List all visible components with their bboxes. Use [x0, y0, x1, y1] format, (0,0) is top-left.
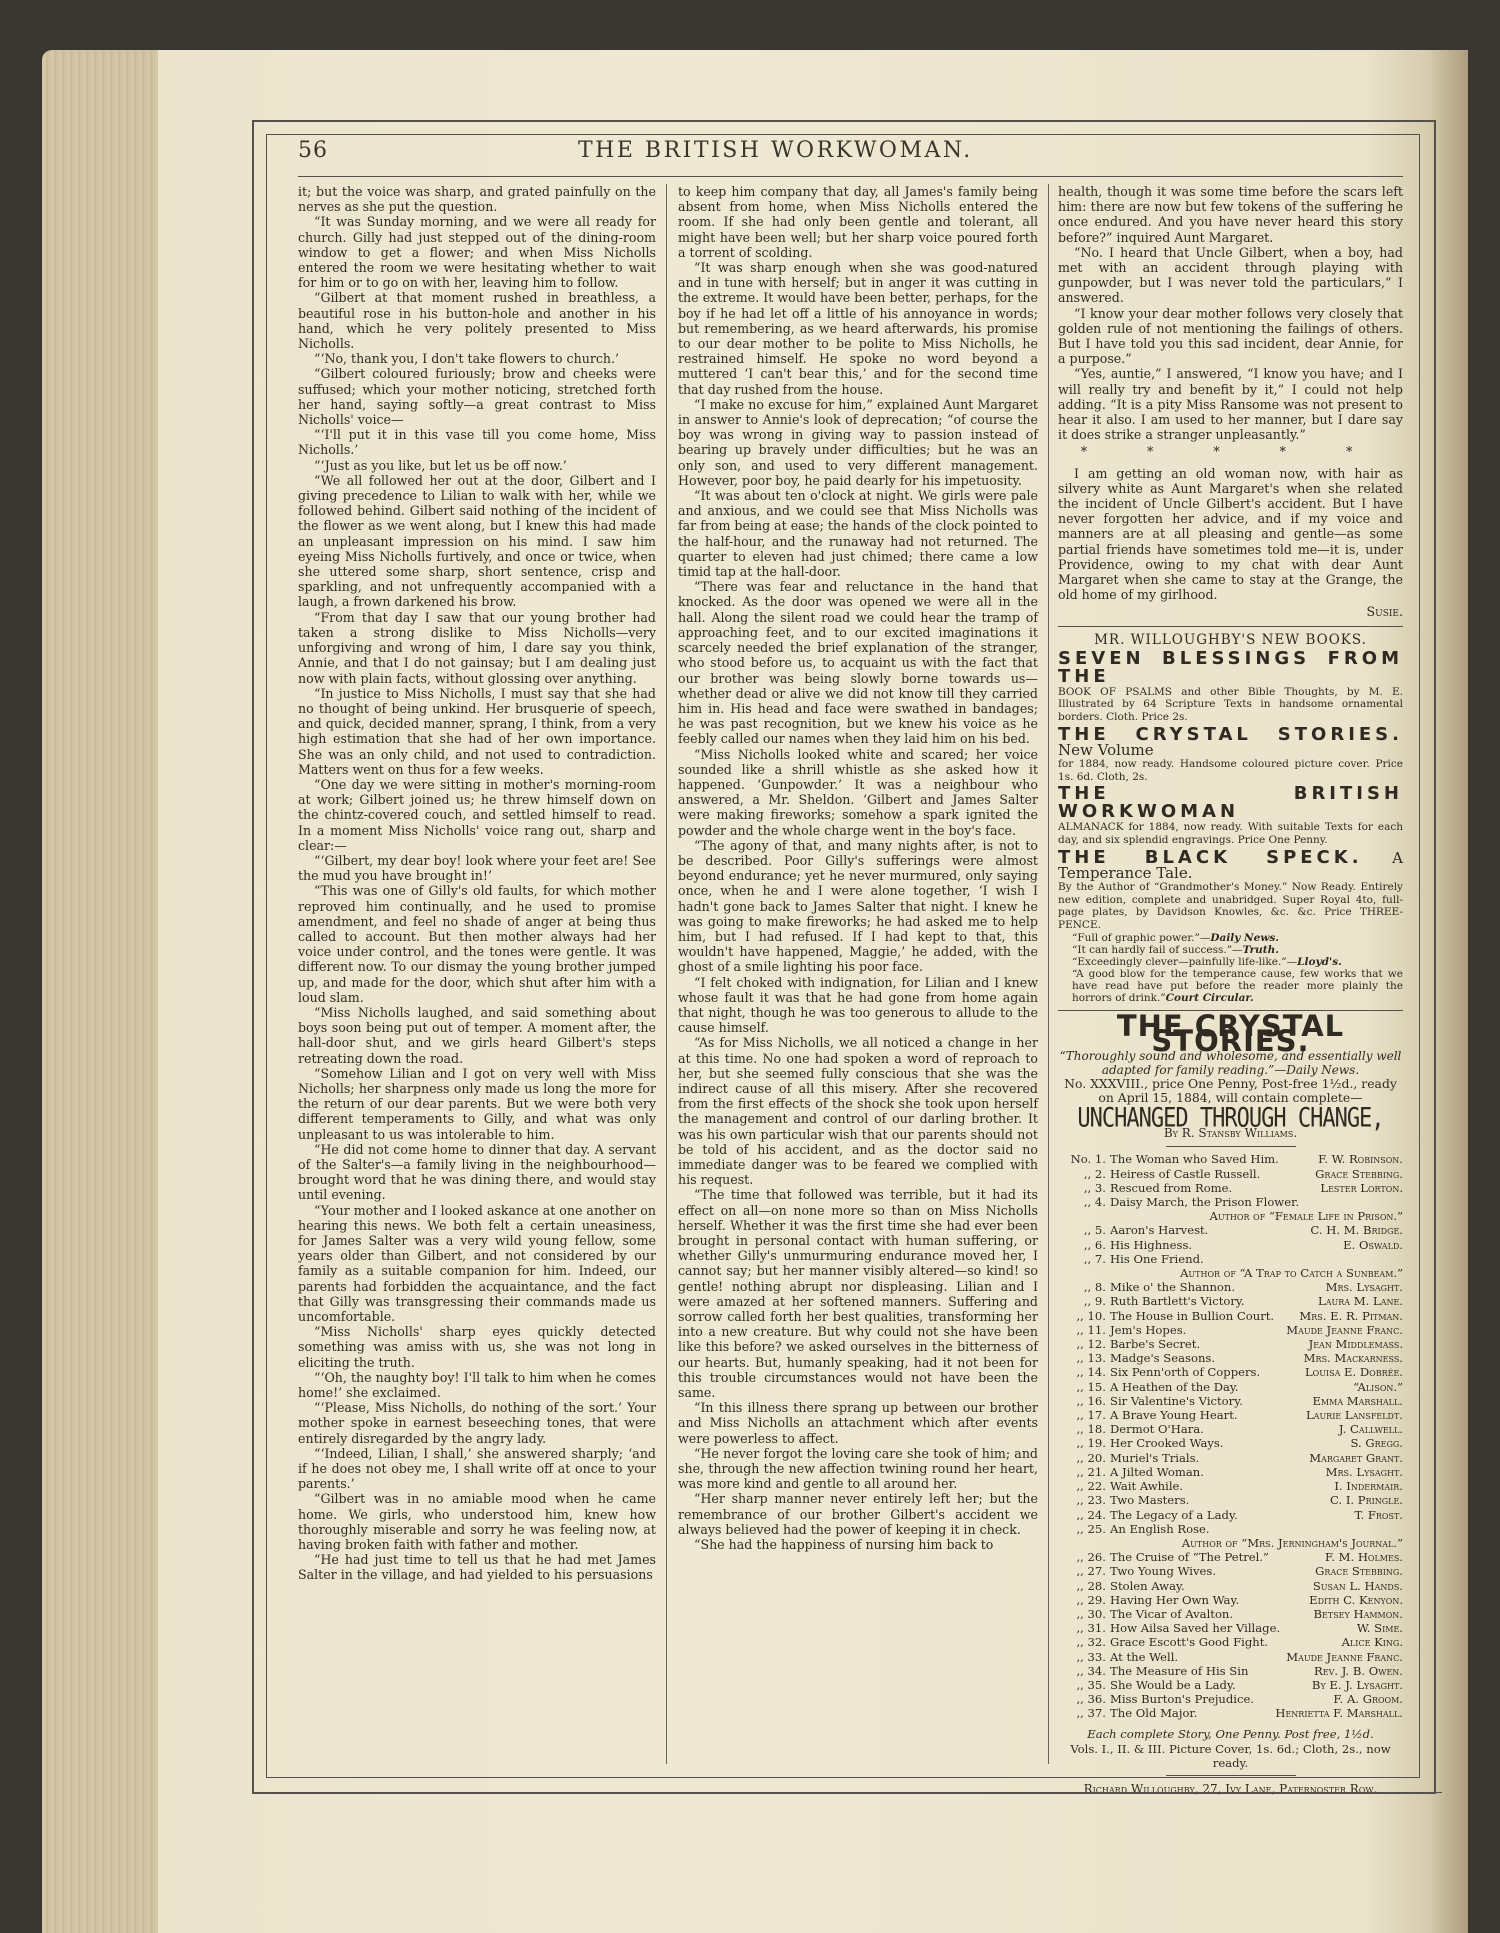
list-item: ,, 4.Daisy March, the Prison Flower.	[1058, 1195, 1403, 1209]
header-rule	[298, 176, 1403, 177]
paragraph: it; but the voice was sharp, and grated …	[298, 184, 656, 214]
column-2-story: to keep him company that day, all James'…	[678, 184, 1038, 1552]
story-author: Grace Stebbing.	[1315, 1167, 1403, 1181]
paragraph: “There was fear and reluctance in the ha…	[678, 579, 1038, 746]
story-number: No. 1.	[1058, 1152, 1110, 1166]
list-item: ,, 31.How Ailsa Saved her Village.W. Sim…	[1058, 1621, 1403, 1635]
story-title: Having Her Own Way.	[1110, 1593, 1309, 1607]
list-item: ,, 29.Having Her Own Way.Edith C. Kenyon…	[1058, 1593, 1403, 1607]
paragraph: “Your mother and I looked askance at one…	[298, 1203, 656, 1325]
story-author: Susan L. Hands.	[1313, 1579, 1403, 1593]
list-item: ,, 6.His Highness.E. Oswald.	[1058, 1238, 1403, 1252]
journal-title: THE BRITISH WORKWOMAN.	[578, 138, 973, 163]
story-author: Mrs. Mackarness.	[1304, 1351, 1403, 1365]
paragraph: “Her sharp manner never entirely left he…	[678, 1491, 1038, 1537]
column-divider	[666, 184, 667, 1764]
list-item: ,, 27.Two Young Wives.Grace Stebbing.	[1058, 1564, 1403, 1578]
paragraph: “Miss Nicholls looked white and scared; …	[678, 747, 1038, 838]
press-quote: “It can hardly fail of success.”—Truth.	[1072, 944, 1403, 956]
story-author: Maude Jeanne Franc.	[1286, 1650, 1403, 1664]
list-item: ,, 26.The Cruise of “The Petrel.”F. M. H…	[1058, 1550, 1403, 1564]
paragraph: “I make no excuse for him,” explained Au…	[678, 397, 1038, 488]
story-number: ,, 10.	[1058, 1309, 1110, 1323]
issue-info: No. XXXVIII., price One Penny, Post-free…	[1058, 1077, 1403, 1105]
paragraph: health, though it was some time before t…	[1058, 184, 1403, 245]
story-title: Wait Awhile.	[1110, 1479, 1334, 1493]
paragraph: “He had just time to tell us that he had…	[298, 1552, 656, 1582]
list-item: ,, 30.The Vicar of Avalton.Betsey Hammon…	[1058, 1607, 1403, 1621]
story-conclusion: health, though it was some time before t…	[1058, 184, 1403, 442]
story-number: ,, 29.	[1058, 1593, 1110, 1607]
list-item: ,, 24.The Legacy of a Lady.T. Frost.	[1058, 1508, 1403, 1522]
story-number: ,, 28.	[1058, 1579, 1110, 1593]
closing-paragraph: I am getting an old woman now, with hair…	[1058, 466, 1403, 603]
story-title: His Highness.	[1110, 1238, 1343, 1252]
featured-story-title: UNCHANGED THROUGH CHANGE,	[1058, 1109, 1403, 1127]
list-item: ,, 10.The House in Bullion Court.Mrs. E.…	[1058, 1309, 1403, 1323]
column-divider	[1048, 184, 1049, 1764]
story-number: ,, 2.	[1058, 1167, 1110, 1181]
divider	[1166, 1146, 1296, 1147]
list-item: No. 1.The Woman who Saved Him.F. W. Robi…	[1058, 1152, 1403, 1166]
list-item: ,, 37.The Old Major.Henrietta F. Marshal…	[1058, 1706, 1403, 1720]
list-item: ,, 2.Heiress of Castle Russell.Grace Ste…	[1058, 1167, 1403, 1181]
paragraph: “This was one of Gilly's old faults, for…	[298, 883, 656, 1005]
story-author-credit: Author of “Mrs. Jerningham's Journal.”	[1058, 1536, 1403, 1550]
paragraph: “Gilbert coloured furiously; brow and ch…	[298, 366, 656, 427]
story-number: ,, 35.	[1058, 1678, 1110, 1692]
list-item: ,, 33.At the Well.Maude Jeanne Franc.	[1058, 1650, 1403, 1664]
story-number: ,, 6.	[1058, 1238, 1110, 1252]
story-author: Jean Middlemass.	[1309, 1337, 1403, 1351]
story-author: F. M. Holmes.	[1325, 1550, 1403, 1564]
story-title: Ruth Bartlett's Victory.	[1110, 1294, 1318, 1308]
paragraph: “She had the happiness of nursing him ba…	[678, 1537, 1038, 1552]
paragraph: “It was about ten o'clock at night. We g…	[678, 488, 1038, 579]
paragraph: “In justice to Miss Nicholls, I must say…	[298, 686, 656, 777]
paragraph: “Gilbert was in no amiable mood when he …	[298, 1491, 656, 1552]
story-author: “Alison.”	[1353, 1380, 1403, 1394]
story-author: Edith C. Kenyon.	[1309, 1593, 1403, 1607]
volumes-note: Vols. I., II. & III. Picture Cover, 1s. …	[1058, 1742, 1403, 1770]
story-author: S. Gregg.	[1351, 1436, 1404, 1450]
crystal-stories-quote: “Thoroughly sound and wholesome, and ess…	[1058, 1049, 1403, 1077]
story-author: W. Sime.	[1357, 1621, 1403, 1635]
press-quotes: “Full of graphic power.”—Daily News.“It …	[1058, 932, 1403, 1004]
story-title: At the Well.	[1110, 1650, 1286, 1664]
list-item: ,, 36.Miss Burton's Prejudice.F. A. Groo…	[1058, 1692, 1403, 1706]
story-author: Mrs. E. R. Pitman.	[1299, 1309, 1403, 1323]
story-author: Maude Jeanne Franc.	[1286, 1323, 1403, 1337]
story-title: The Measure of His Sin	[1110, 1664, 1314, 1678]
story-title: The Old Major.	[1110, 1706, 1275, 1720]
story-title: Mike o' the Shannon.	[1110, 1280, 1326, 1294]
paragraph: “As for Miss Nicholls, we all noticed a …	[678, 1035, 1038, 1187]
story-title: Heiress of Castle Russell.	[1110, 1167, 1315, 1181]
ad-book-title: THE BRITISH WORKWOMAN	[1058, 783, 1403, 822]
story-number: ,, 13.	[1058, 1351, 1110, 1365]
story-title: An English Rose.	[1110, 1522, 1403, 1536]
list-item: ,, 21.A Jilted Woman.Mrs. Lysaght.	[1058, 1465, 1403, 1479]
paragraph: “‘No, thank you, I don't take flowers to…	[298, 351, 656, 366]
paragraph: “‘Please, Miss Nicholls, do nothing of t…	[298, 1400, 656, 1446]
story-author: C. H. M. Bridge.	[1310, 1223, 1403, 1237]
story-author: Lester Lorton.	[1320, 1181, 1403, 1195]
story-author: J. Callwell.	[1339, 1422, 1403, 1436]
story-number: ,, 16.	[1058, 1394, 1110, 1408]
paragraph: “‘Gilbert, my dear boy! look where your …	[298, 853, 656, 883]
story-number: ,, 7.	[1058, 1252, 1110, 1266]
advertisement-new-books: MR. WILLOUGHBY'S NEW BOOKS. SEVEN BLESSI…	[1058, 633, 1403, 1004]
ad-book-subtitle: New Volume	[1058, 741, 1154, 759]
crystal-stories-title: THE CRYSTAL STORIES.	[1058, 1019, 1403, 1049]
story-title: The Legacy of a Lady.	[1110, 1508, 1354, 1522]
story-title: Her Crooked Ways.	[1110, 1436, 1351, 1450]
list-item: ,, 17.A Brave Young Heart.Laurie Lansfel…	[1058, 1408, 1403, 1422]
story-title: Madge's Seasons.	[1110, 1351, 1304, 1365]
paragraph: “‘Just as you like, but let us be off no…	[298, 458, 656, 473]
section-break-stars: * * * * *	[1058, 444, 1403, 459]
paragraph: “From that day I saw that our young brot…	[298, 610, 656, 686]
story-author: By E. J. Lysaght.	[1312, 1678, 1403, 1692]
list-item: ,, 28.Stolen Away.Susan L. Hands.	[1058, 1579, 1403, 1593]
ad-book-description: for 1884, now ready. Handsome coloured p…	[1058, 758, 1403, 783]
story-number: ,, 24.	[1058, 1508, 1110, 1522]
story-title: Daisy March, the Prison Flower.	[1110, 1195, 1403, 1209]
story-title: Rescued from Rome.	[1110, 1181, 1320, 1195]
story-number: ,, 30.	[1058, 1607, 1110, 1621]
story-number: ,, 8.	[1058, 1280, 1110, 1294]
story-author: Betsey Hammon.	[1314, 1607, 1404, 1621]
price-note: Each complete Story, One Penny. Post fre…	[1058, 1727, 1403, 1742]
paragraph: “‘Oh, the naughty boy! I'll talk to him …	[298, 1370, 656, 1400]
story-number: ,, 23.	[1058, 1493, 1110, 1507]
story-author: Rev. J. B. Owen.	[1314, 1664, 1403, 1678]
story-author: T. Frost.	[1354, 1508, 1403, 1522]
story-author: Louisa E. Dobrée.	[1305, 1365, 1403, 1379]
story-number: ,, 14.	[1058, 1365, 1110, 1379]
story-title: The Vicar of Avalton.	[1110, 1607, 1314, 1621]
list-item: ,, 22.Wait Awhile.I. Indermair.	[1058, 1479, 1403, 1493]
story-title: Six Penn'orth of Coppers.	[1110, 1365, 1305, 1379]
list-item: ,, 5.Aaron's Harvest.C. H. M. Bridge.	[1058, 1223, 1403, 1237]
story-number: ,, 37.	[1058, 1706, 1110, 1720]
story-author: F. A. Groom.	[1333, 1692, 1403, 1706]
story-title: The Woman who Saved Him.	[1110, 1152, 1318, 1166]
story-number: ,, 9.	[1058, 1294, 1110, 1308]
ad-book-item: THE BLACK SPECK. A Temperance Tale.By th…	[1058, 849, 1403, 932]
list-item: ,, 20.Muriel's Trials.Margaret Grant.	[1058, 1451, 1403, 1465]
story-list: No. 1.The Woman who Saved Him.F. W. Robi…	[1058, 1152, 1403, 1720]
paragraph: “It was Sunday morning, and we were all …	[298, 214, 656, 290]
paragraph: “He never forgot the loving care she too…	[678, 1446, 1038, 1492]
ad-heading: MR. WILLOUGHBY'S NEW BOOKS.	[1058, 633, 1403, 648]
story-number: ,, 19.	[1058, 1436, 1110, 1450]
paragraph: “In this illness there sprang up between…	[678, 1400, 1038, 1446]
paragraph: “I know your dear mother follows very cl…	[1058, 306, 1403, 367]
paragraph: “No. I heard that Uncle Gilbert, when a …	[1058, 245, 1403, 306]
list-item: ,, 11.Jem's Hopes.Maude Jeanne Franc.	[1058, 1323, 1403, 1337]
list-item: ,, 13.Madge's Seasons.Mrs. Mackarness.	[1058, 1351, 1403, 1365]
story-number: ,, 22.	[1058, 1479, 1110, 1493]
paragraph: to keep him company that day, all James'…	[678, 184, 1038, 260]
publisher-address: Richard Willoughby, 27, Ivy Lane, Patern…	[1058, 1782, 1403, 1797]
story-title: A Brave Young Heart.	[1110, 1408, 1306, 1422]
paragraph: “The time that followed was terrible, bu…	[678, 1187, 1038, 1400]
story-title: A Jilted Woman.	[1110, 1465, 1326, 1479]
story-author: Mrs. Lysaght.	[1326, 1280, 1403, 1294]
paragraph: “Miss Nicholls laughed, and said somethi…	[298, 1005, 656, 1066]
paragraph: “We all followed her out at the door, Gi…	[298, 473, 656, 610]
story-author: C. I. Pringle.	[1330, 1493, 1403, 1507]
story-title: Grace Escott's Good Fight.	[1110, 1635, 1342, 1649]
page-header: 56 THE BRITISH WORKWOMAN.	[298, 138, 1403, 178]
story-author-credit: Author of “Female Life in Prison.”	[1058, 1209, 1403, 1223]
story-number: ,, 15.	[1058, 1380, 1110, 1394]
story-title: A Heathen of the Day.	[1110, 1380, 1353, 1394]
story-title: Aaron's Harvest.	[1110, 1223, 1310, 1237]
story-author: I. Indermair.	[1334, 1479, 1403, 1493]
story-author: Mrs. Lysaght.	[1326, 1465, 1403, 1479]
list-item: ,, 35.She Would be a Lady.By E. J. Lysag…	[1058, 1678, 1403, 1692]
story-author: Emma Marshall.	[1312, 1394, 1403, 1408]
story-title: Two Young Wives.	[1110, 1564, 1315, 1578]
list-item: ,, 32.Grace Escott's Good Fight.Alice Ki…	[1058, 1635, 1403, 1649]
list-item: ,, 15.A Heathen of the Day.“Alison.”	[1058, 1380, 1403, 1394]
divider	[1058, 626, 1403, 627]
paragraph: “Yes, auntie,” I answered, “I know you h…	[1058, 366, 1403, 442]
story-title: Stolen Away.	[1110, 1579, 1313, 1593]
story-author: Grace Stebbing.	[1315, 1564, 1403, 1578]
ad-book-description: By the Author of “Grandmother's Money.” …	[1058, 881, 1403, 931]
book-page-edges	[42, 50, 162, 1933]
story-author: E. Oswald.	[1343, 1238, 1403, 1252]
story-number: ,, 27.	[1058, 1564, 1110, 1578]
story-author: Henrietta F. Marshall.	[1275, 1706, 1403, 1720]
column-1-story: it; but the voice was sharp, and grated …	[298, 184, 656, 1583]
list-item: ,, 34.The Measure of His SinRev. J. B. O…	[1058, 1664, 1403, 1678]
list-item: ,, 3.Rescued from Rome.Lester Lorton.	[1058, 1181, 1403, 1195]
story-author: Laurie Lansfeldt.	[1306, 1408, 1403, 1422]
story-author: Margaret Grant.	[1309, 1451, 1403, 1465]
story-author: F. W. Robinson.	[1318, 1152, 1403, 1166]
story-title: The House in Bullion Court.	[1110, 1309, 1299, 1323]
story-title: Jem's Hopes.	[1110, 1323, 1286, 1337]
page-bottom-rule	[252, 1792, 1442, 1793]
story-number: ,, 25.	[1058, 1522, 1110, 1536]
story-title: She Would be a Lady.	[1110, 1678, 1312, 1692]
story-number: ,, 32.	[1058, 1635, 1110, 1649]
story-number: ,, 34.	[1058, 1664, 1110, 1678]
story-title: Muriel's Trials.	[1110, 1451, 1309, 1465]
press-quote: “A good blow for the temperance cause, f…	[1072, 968, 1403, 1004]
press-quote: “Full of graphic power.”—Daily News.	[1072, 932, 1403, 944]
paragraph: “He did not come home to dinner that day…	[298, 1142, 656, 1203]
story-title: Miss Burton's Prejudice.	[1110, 1692, 1333, 1706]
story-number: ,, 4.	[1058, 1195, 1110, 1209]
story-number: ,, 11.	[1058, 1323, 1110, 1337]
story-title: How Ailsa Saved her Village.	[1110, 1621, 1357, 1635]
story-title: Dermot O'Hara.	[1110, 1422, 1339, 1436]
page-number: 56	[298, 138, 328, 163]
paragraph: “Miss Nicholls' sharp eyes quickly detec…	[298, 1324, 656, 1370]
paragraph: “The agony of that, and many nights afte…	[678, 838, 1038, 975]
press-quote: “Exceedingly clever—painfully life-like.…	[1072, 956, 1403, 968]
ad-book-item: THE CRYSTAL STORIES. New Volumefor 1884,…	[1058, 726, 1403, 784]
story-title: Barbe's Secret.	[1110, 1337, 1309, 1351]
ad-book-item: SEVEN BLESSINGS FROM THEBOOK OF PSALMS a…	[1058, 650, 1403, 724]
list-item: ,, 16.Sir Valentine's Victory.Emma Marsh…	[1058, 1394, 1403, 1408]
divider	[1166, 1775, 1296, 1776]
story-title: The Cruise of “The Petrel.”	[1110, 1550, 1325, 1564]
story-number: ,, 31.	[1058, 1621, 1110, 1635]
story-number: ,, 20.	[1058, 1451, 1110, 1465]
paragraph: “Gilbert at that moment rushed in breath…	[298, 290, 656, 351]
story-number: ,, 3.	[1058, 1181, 1110, 1195]
story-number: ,, 21.	[1058, 1465, 1110, 1479]
story-number: ,, 17.	[1058, 1408, 1110, 1422]
ad-book-description: ALMANACK for 1884, now ready. With suita…	[1058, 821, 1403, 846]
ad-book-description: BOOK OF PSALMS and other Bible Thoughts,…	[1058, 686, 1403, 724]
paragraph: “I felt choked with indignation, for Lil…	[678, 975, 1038, 1036]
story-author: Laura M. Lane.	[1318, 1294, 1403, 1308]
story-number: ,, 33.	[1058, 1650, 1110, 1664]
column-3: health, though it was some time before t…	[1058, 184, 1403, 1797]
author-signature: Susie.	[1058, 604, 1403, 619]
newspaper-page: 56 THE BRITISH WORKWOMAN. it; but the vo…	[158, 50, 1468, 1933]
story-number: ,, 18.	[1058, 1422, 1110, 1436]
ad-book-list: SEVEN BLESSINGS FROM THEBOOK OF PSALMS a…	[1058, 650, 1403, 932]
paragraph: “Somehow Lilian and I got on very well w…	[298, 1066, 656, 1142]
story-number: ,, 36.	[1058, 1692, 1110, 1706]
advertisement-crystal-stories: THE CRYSTAL STORIES. “Thoroughly sound a…	[1058, 1019, 1403, 1797]
list-item: ,, 7.His One Friend.	[1058, 1252, 1403, 1266]
list-item: ,, 18.Dermot O'Hara.J. Callwell.	[1058, 1422, 1403, 1436]
list-item: ,, 14.Six Penn'orth of Coppers.Louisa E.…	[1058, 1365, 1403, 1379]
paragraph: “It was sharp enough when she was good-n…	[678, 260, 1038, 397]
story-number: ,, 12.	[1058, 1337, 1110, 1351]
story-title: Two Masters.	[1110, 1493, 1330, 1507]
story-title: His One Friend.	[1110, 1252, 1403, 1266]
story-number: ,, 26.	[1058, 1550, 1110, 1564]
story-author: Alice King.	[1342, 1635, 1403, 1649]
story-title: Sir Valentine's Victory.	[1110, 1394, 1312, 1408]
list-item: ,, 19.Her Crooked Ways.S. Gregg.	[1058, 1436, 1403, 1450]
list-item: ,, 25.An English Rose.	[1058, 1522, 1403, 1536]
paragraph: “One day we were sitting in mother's mor…	[298, 777, 656, 853]
list-item: ,, 8.Mike o' the Shannon.Mrs. Lysaght.	[1058, 1280, 1403, 1294]
paragraph: “‘Indeed, Lilian, I shall,’ she answered…	[298, 1446, 656, 1492]
list-item: ,, 12.Barbe's Secret.Jean Middlemass.	[1058, 1337, 1403, 1351]
paragraph: “‘I'll put it in this vase till you come…	[298, 427, 656, 457]
ad-book-title: SEVEN BLESSINGS FROM THE	[1058, 648, 1403, 687]
list-item: ,, 23.Two Masters.C. I. Pringle.	[1058, 1493, 1403, 1507]
story-author-credit: Author of “A Trap to Catch a Sunbeam.”	[1058, 1266, 1403, 1280]
story-number: ,, 5.	[1058, 1223, 1110, 1237]
ad-book-item: THE BRITISH WORKWOMANALMANACK for 1884, …	[1058, 785, 1403, 846]
list-item: ,, 9.Ruth Bartlett's Victory.Laura M. La…	[1058, 1294, 1403, 1308]
